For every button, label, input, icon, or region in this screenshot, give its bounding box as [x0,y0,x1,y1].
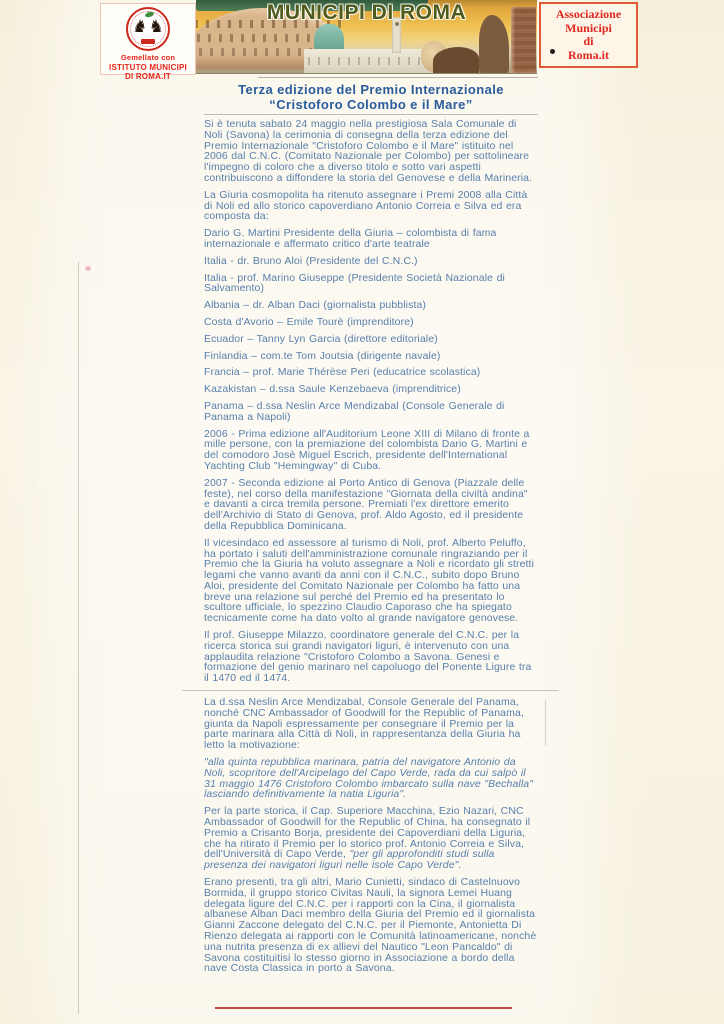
article-title-line2: “Cristoforo Colombo e il Mare” [204,97,538,112]
paragraph-text: Costa d'Avorio – Emile Tourè (imprendito… [204,316,414,328]
paragraph-text: Ecuador – Tanny Lyn Garcia (direttore ed… [204,333,438,345]
paragraph-text: 2006 - Prima edizione all'Auditorium Leo… [204,428,530,472]
article-paragraph: Erano presenti, tra gli altri, Mario Cun… [204,877,537,974]
paragraph-text: Il vicesindaco ed assessore al turismo d… [204,537,534,625]
scan-edge-line [78,262,79,1014]
association-box: Associazione Municipi di Roma.it [539,2,638,68]
association-line: di [541,35,636,49]
red-band-icon [141,39,155,44]
article-paragraph: La Giuria cosmopolita ha ritenuto assegn… [204,190,537,222]
article-paragraph: Italia - dr. Bruno Aloi (Presidente del … [204,256,537,267]
paragraph-text: La Giuria cosmopolita ha ritenuto assegn… [204,189,527,223]
scanned-page: ♞ ♞ Gemellato con ISTITUTO MUNICIPI DI R… [0,0,724,1024]
article-paragraph: Panama – d.ssa Neslin Arce Mendizabal (C… [204,401,537,423]
article-paragraph: Ecuador – Tanny Lyn Garcia (direttore ed… [204,334,537,345]
article-paragraph: Il prof. Giuseppe Milazzo, coordinatore … [204,630,537,684]
article-title-line1: Terza edizione del Premio Internazionale [204,82,538,97]
article-paragraph: 2007 - Seconda edizione al Porto Antico … [204,478,537,532]
horse-left-icon: ♞ [132,18,147,35]
header-rule [258,77,538,78]
caption-line: ISTITUTO MUNICIPI [101,63,195,73]
association-line: Associazione [541,8,636,22]
bottom-red-rule [215,1007,512,1009]
twin-club-logo-box: ♞ ♞ Gemellato con ISTITUTO MUNICIPI DI R… [100,3,196,75]
association-line: Roma.it [541,49,636,63]
article-paragraph: La d.ssa Neslin Arce Mendizabal, Console… [204,697,537,751]
article-paragraph: Albania – dr. Alban Daci (giornalista pu… [204,300,537,311]
monument-illustration [433,47,479,73]
article-title: Terza edizione del Premio Internazionale… [204,82,538,112]
article-paragraph: Si è tenuta sabato 24 maggio nella prest… [204,119,537,184]
paragraph-text: Il prof. Giuseppe Milazzo, coordinatore … [204,629,531,684]
paragraph-text: Si è tenuta sabato 24 maggio nella prest… [204,118,532,184]
article-paragraph: Costa d'Avorio – Emile Tourè (imprendito… [204,317,537,328]
caption-line: Gemellato con [101,53,195,63]
article-paragraph: Dario G. Martini Presidente della Giuria… [204,228,537,250]
paragraph-text: Panama – d.ssa Neslin Arce Mendizabal (C… [204,400,504,423]
paragraph-text: Italia - prof. Marino Giuseppe (Presiden… [204,272,505,295]
horse-right-icon: ♞ [149,18,164,35]
article-paragraph: Kazakistan – d.ssa Saule Kenzebaeva (imp… [204,384,537,395]
association-line: Municipi [541,22,636,36]
paragraph-text: Dario G. Martini Presidente della Giuria… [204,227,496,250]
title-rule [204,114,538,115]
scan-fold-mark [545,700,546,746]
bullet-dot-icon [550,49,555,54]
article-paragraph: Italia - prof. Marino Giuseppe (Presiden… [204,273,537,295]
paragraph-text: 2007 - Seconda edizione al Porto Antico … [204,477,528,532]
banner-title: MUNICIPI DI ROMA [196,1,537,25]
paragraph-text: Albania – dr. Alban Daci (giornalista pu… [204,299,426,311]
paragraph-text: Erano presenti, tra gli altri, Mario Cun… [204,876,536,974]
paragraph-text: Kazakistan – d.ssa Saule Kenzebaeva (imp… [204,383,461,395]
scan-pink-mark [85,266,91,271]
article-paragraph: 2006 - Prima edizione all'Auditorium Leo… [204,429,537,472]
site-banner: MUNICIPI DI ROMA [196,0,537,74]
article-paragraph: Francia – prof. Marie Thérèse Peri (educ… [204,367,537,378]
article-paragraph: Il vicesindaco ed assessore al turismo d… [204,538,537,624]
paragraph-text: Italia - dr. Bruno Aloi (Presidente del … [204,255,418,267]
caption-line: DI ROMA.IT [101,72,195,82]
section-divider [182,690,559,691]
club-emblem-icon: ♞ ♞ [126,7,170,51]
paragraph-text: Finlandia – com.te Tom Joutsia (dirigent… [204,350,441,362]
article-paragraph: "alla quinta repubblica marinara, patria… [204,757,537,800]
article-body: Si è tenuta sabato 24 maggio nella prest… [204,119,537,980]
article-paragraph: Per la parte storica, il Cap. Superiore … [204,806,537,871]
paragraph-text: Francia – prof. Marie Thérèse Peri (educ… [204,366,480,378]
paragraph-text-italic: "alla quinta repubblica marinara, patria… [204,756,533,800]
article-paragraph: Finlandia – com.te Tom Joutsia (dirigent… [204,351,537,362]
twin-club-caption: Gemellato con ISTITUTO MUNICIPI DI ROMA.… [101,53,195,82]
paragraph-text: La d.ssa Neslin Arce Mendizabal, Console… [204,696,524,751]
